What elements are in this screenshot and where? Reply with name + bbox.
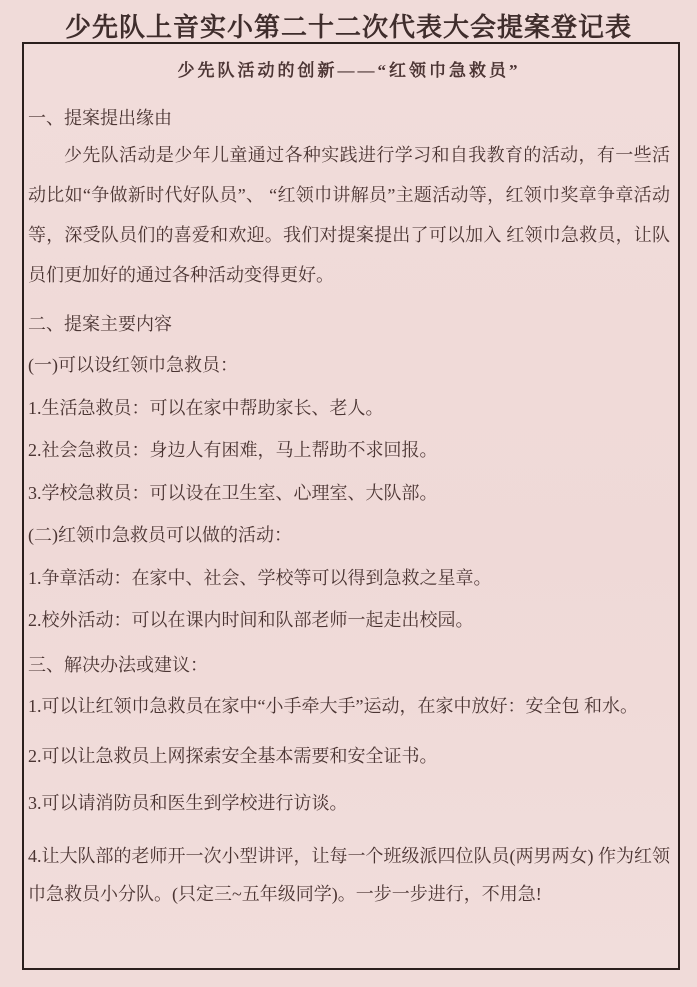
section-1-heading: 一、提案提出缘由 (28, 107, 670, 129)
list-item: 2.社会急救员：身边人有困难，马上帮助不求回报。 (28, 439, 670, 461)
section-3-heading: 三、解决办法或建议： (28, 654, 670, 676)
list-item: 3.学校急救员：可以设在卫生室、心理室、大队部。 (28, 482, 670, 504)
list-item: 4.让大队部的老师开一次小型讲评，让每一个班级派四位队员(两男两女) 作为红领巾… (28, 837, 670, 913)
list-item: 2.校外活动：可以在课内时间和队部老师一起走出校园。 (28, 609, 670, 631)
list-item: 3.可以请消防员和医生到学校进行访谈。 (28, 792, 670, 814)
proposal-title: 少先队活动的创新——“红领巾急救员” (28, 60, 670, 82)
scanned-document-page: { "page_title": "少先队上音实小第二十二次代表大会提案登记表",… (0, 0, 697, 987)
list-item: 1.可以让红领巾急救员在家中“小手牵大手”运动，在家中放好：安全包 和水。 (28, 695, 670, 717)
list-item: 1.生活急救员：可以在家中帮助家长、老人。 (28, 397, 670, 419)
list-item: 1.争章活动：在家中、社会、学校等可以得到急救之星章。 (28, 567, 670, 589)
section-2-sub2-heading: (二)红领巾急救员可以做的活动： (28, 524, 670, 546)
section-2-heading: 二、提案主要内容 (28, 313, 670, 335)
list-item: 2.可以让急救员上网探索安全基本需要和安全证书。 (28, 745, 670, 767)
document-frame: 少先队活动的创新——“红领巾急救员” 一、提案提出缘由 少先队活动是少年儿童通过… (22, 42, 680, 970)
section-2-sub1-heading: (一)可以设红领巾急救员： (28, 354, 670, 376)
page-title: 少先队上音实小第二十二次代表大会提案登记表 (0, 0, 697, 44)
section-1-paragraph: 少先队活动是少年儿童通过各种实践进行学习和自我教育的活动，有一些活动比如“争做新… (28, 135, 670, 295)
